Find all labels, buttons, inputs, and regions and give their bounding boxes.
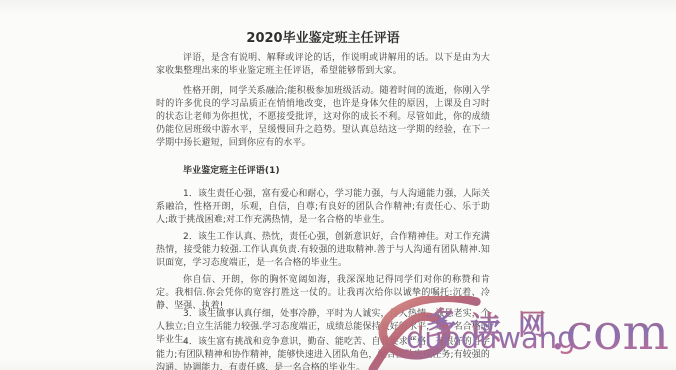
intro-paragraph: 评语，是含有说明、解释或评论的话，作说明或讲解用的话。以下是由为大家收集整理出来… bbox=[156, 52, 490, 78]
document-page: 2020毕业鉴定班主任评语 评语，是含有说明、解释或评论的话，作说明或讲解用的话… bbox=[0, 0, 676, 370]
comment-item-1: 1．该生责任心强，富有爱心和耐心，学习能力强，与人沟通能力强，人际关系融洽，性格… bbox=[156, 188, 490, 227]
personality-comment-paragraph: 性格开朗，同学关系融洽;能积极参加班级活动。随着时间的流逝，你刚入学时的许多优良… bbox=[156, 85, 490, 150]
section-heading: 毕业鉴定班主任评语(1) bbox=[156, 165, 490, 178]
document-title: 2020毕业鉴定班主任评语 bbox=[156, 27, 490, 46]
document-body: 2020毕业鉴定班主任评语 评语，是含有说明、解释或评论的话，作说明或讲解用的话… bbox=[0, 0, 676, 370]
comment-item-2: 2．该生工作认真、热忱，责任心强，创新意识好，合作精神佳。对工作充满热情，接受能… bbox=[156, 231, 490, 270]
comment-item-4: 4．该生富有挑战和竞争意识，勤奋、能吃苦、自我要求严格，有很好的自学能力;有团队… bbox=[156, 336, 490, 370]
